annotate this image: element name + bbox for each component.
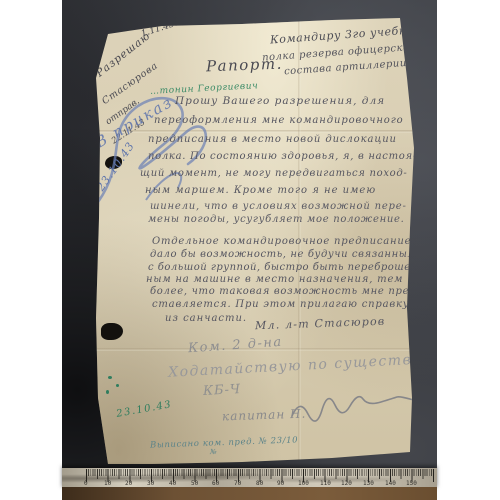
ruler-number: 70 <box>234 480 241 487</box>
ruler-number: 40 <box>169 480 176 487</box>
endorsement-line: Ком. 2 д-на <box>188 335 284 357</box>
addressee-line: Командиру 3го учебного <box>270 23 428 47</box>
ruler-grime <box>62 468 437 489</box>
body-line: с большой группой, быстро быть переброше… <box>148 262 422 273</box>
endorsement-line: Ходатайствую по существу. <box>168 351 428 381</box>
ruler-number: 50 <box>191 480 198 487</box>
table-surface <box>62 487 437 500</box>
report-paper: Командиру 3го учебного полка резерва офи… <box>92 18 422 468</box>
ruler-number: 110 <box>320 480 331 487</box>
body-line: предписания в место новой дислокации <box>148 134 397 145</box>
ruler-number: 80 <box>256 480 263 487</box>
body-line: ным маршем. Кроме того я не имею <box>145 185 376 196</box>
body-line: шинели, что в условиях возможной пере- <box>150 201 407 212</box>
green-speck <box>116 384 119 387</box>
body-line: полка. По состоянию здоровья, я, в насто… <box>148 151 417 162</box>
document-photo: Командиру 3го учебного полка резерва офи… <box>62 0 437 500</box>
ruler-number: 30 <box>147 480 154 487</box>
body-line: щий момент, не могу передвигаться поход- <box>140 168 408 179</box>
green-ink-date: 23.10.43 <box>115 399 173 420</box>
ruler-number: 120 <box>341 480 352 487</box>
author-signature: Мл. л-т Стасюров <box>255 315 386 333</box>
ruler-number: 0 <box>84 480 88 487</box>
body-line: ставляется. При этом прилагаю справку <box>152 299 409 310</box>
ruler-number: 150 <box>406 480 417 487</box>
body-line: дало бы возможность, не будучи связанным <box>150 249 416 260</box>
ruler-number: 140 <box>385 480 396 487</box>
bottom-note-symbol: № <box>210 448 217 456</box>
body-line: Прошу Вашего разрешения, для <box>175 95 385 107</box>
ruler-number: 20 <box>125 480 132 487</box>
ruler-number: 130 <box>363 480 374 487</box>
body-line: более, что таковая возможность мне пред- <box>150 286 420 297</box>
endorsement-line: КБ-Ч <box>203 382 242 399</box>
ruler-number: 10 <box>104 480 111 487</box>
ruler-number: 90 <box>277 480 284 487</box>
green-speck <box>106 390 109 394</box>
screenshot: Командиру 3го учебного полка резерва офи… <box>0 0 500 500</box>
bottom-note: Выписано ком. пред. № 23/10 <box>150 435 298 450</box>
body-line: из санчасти. <box>165 313 247 324</box>
body-line: мены погоды, усугубляет мое положение. <box>148 214 405 225</box>
body-line: переоформления мне командировочного <box>154 115 404 126</box>
ruler-number: 100 <box>298 480 309 487</box>
body-line: ным на машине в место назначения, тем <box>146 274 403 285</box>
body-line: Отдельное командировочное предписание <box>152 236 411 247</box>
resolution-date: 1.11.43. <box>140 18 178 39</box>
ruler-5mm-ticks <box>86 469 435 479</box>
ruler: 0 10 20 30 40 50 60 70 80 90 100 110 120… <box>62 468 437 489</box>
ink-blot <box>101 323 123 340</box>
ruler-mm-ticks <box>86 469 435 476</box>
captain-signature-squiggle <box>288 392 423 424</box>
ruler-number: 60 <box>212 480 219 487</box>
green-speck <box>108 376 112 379</box>
